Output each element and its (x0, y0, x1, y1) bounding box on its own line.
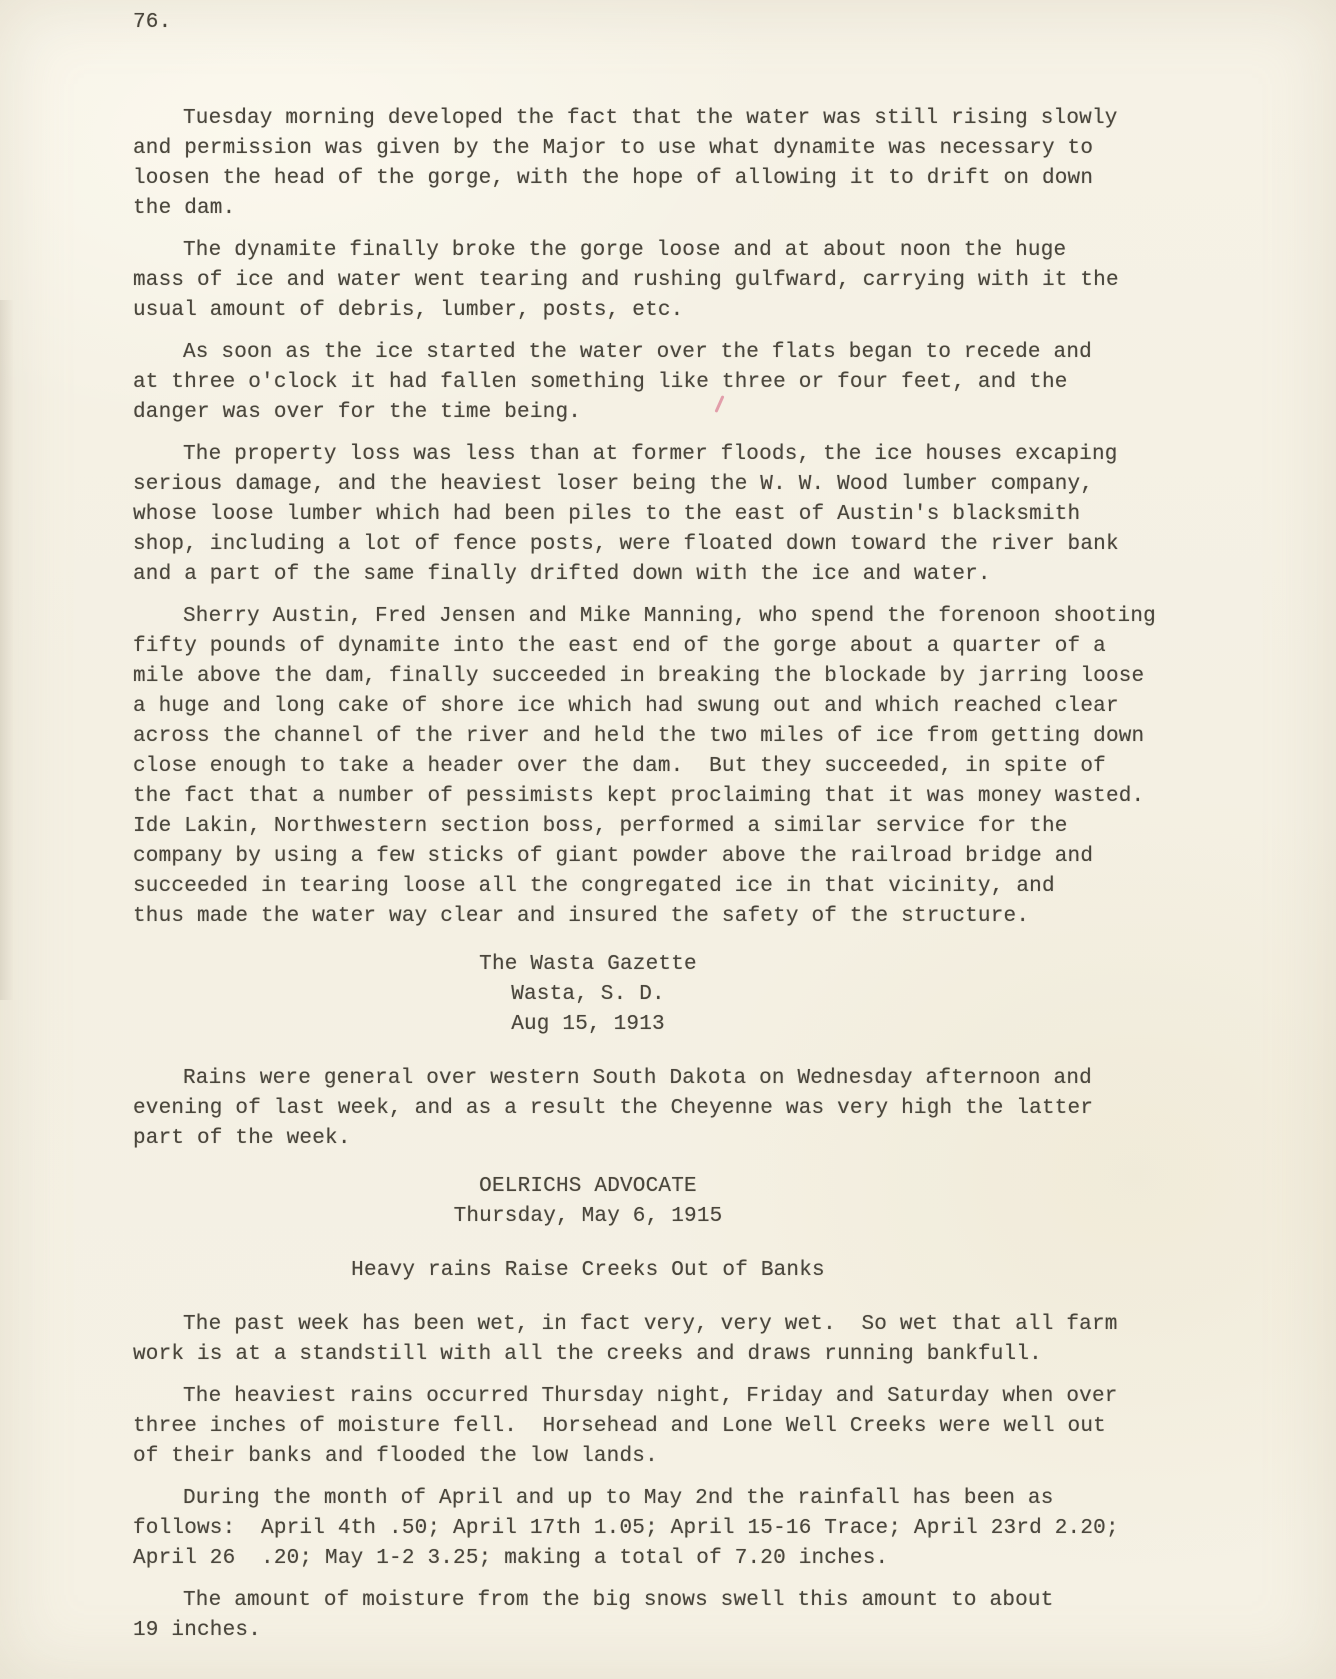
paragraph-past-week-wet: The past week has been wet, in fact very… (133, 1310, 1173, 1370)
heading-heavy-rains: Heavy rains Raise Creeks Out of Banks (133, 1256, 1173, 1286)
paragraph-water-receded: As soon as the ice started the water ove… (133, 338, 1173, 428)
paragraph-snow-moisture: The amount of moisture from the big snow… (133, 1586, 1173, 1646)
text-column: 76. Tuesday morning developed the fact t… (133, 0, 1173, 1658)
paragraph-property-loss: The property loss was less than at forme… (133, 440, 1173, 590)
paragraph-gorge-broke-loose: The dynamite finally broke the gorge loo… (133, 236, 1173, 326)
paragraph-rains-general: Rains were general over western South Da… (133, 1064, 1173, 1154)
paragraph-heaviest-rains: The heaviest rains occurred Thursday nig… (133, 1382, 1173, 1472)
citation-wasta-gazette: The Wasta Gazette Wasta, S. D. Aug 15, 1… (133, 950, 1173, 1040)
page-number: 76. (133, 8, 1173, 38)
scanned-document-page: 76. Tuesday morning developed the fact t… (0, 0, 1336, 1679)
paragraph-austin-jensen-manning: Sherry Austin, Fred Jensen and Mike Mann… (133, 602, 1173, 932)
paragraph-dynamite-permission: Tuesday morning developed the fact that … (133, 104, 1173, 224)
paragraph-april-rainfall-totals: During the month of April and up to May … (133, 1484, 1173, 1574)
scan-edge-smudge (0, 300, 14, 1000)
citation-oelrichs-advocate: OELRICHS ADVOCATE Thursday, May 6, 1915 (133, 1172, 1173, 1232)
